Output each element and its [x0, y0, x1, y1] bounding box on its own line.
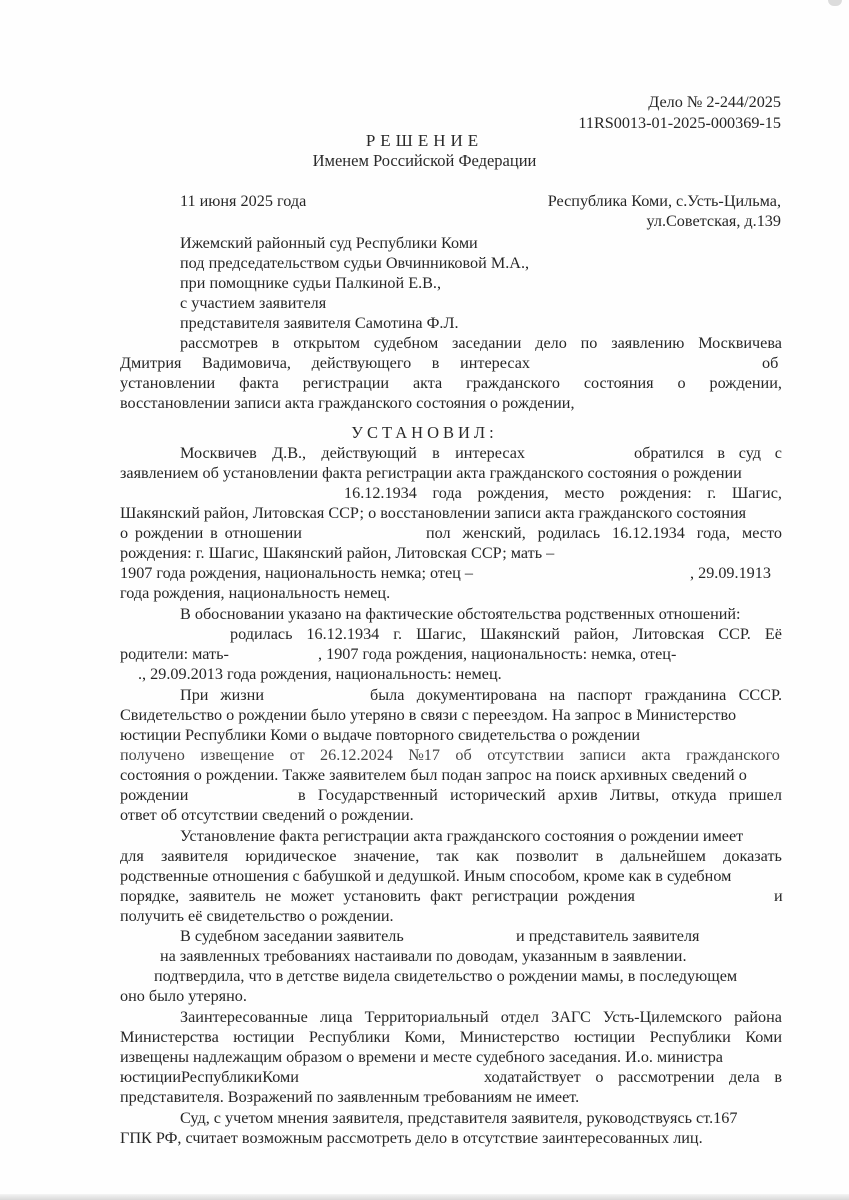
p1-line-7b: , 29.09.1913: [690, 563, 771, 583]
p3-line-4: полученоизвещениеот26.12.2024№17оботсутс…: [120, 745, 780, 765]
p6-line-1: ЗаинтересованныелицаТерриториальныйотдел…: [180, 1007, 782, 1027]
p4-line-3: родственные отношения с бабушкой и дедуш…: [120, 866, 731, 886]
case-number: Дело № 2-244/2025: [648, 92, 781, 112]
p7-line-2: ГПК РФ, считает возможным рассмотреть де…: [120, 1128, 703, 1148]
p6-line-4b: ходатайствуеторассмотренииделав: [484, 1067, 782, 1087]
p7-line-1: Суд, с учетом мнения заявителя, представ…: [180, 1108, 737, 1128]
p3-line-1b: быладокументировананапаспортгражданинаСС…: [370, 685, 782, 705]
p1-line-7a: 1907 года рождения, национальность немка…: [120, 563, 473, 583]
p2-line-3b: , 1907 года рождения, национальность: не…: [318, 644, 676, 664]
p2-line-2: родилась16.12.1934г.Шагис,Шакянскийрайон…: [230, 624, 782, 644]
p4-line-5: получить её свидетельство о рождении.: [120, 906, 394, 926]
court-assistant: при помощнике судьи Палкиной Е.В.,: [180, 273, 441, 293]
document-title: РЕШЕНИЕ: [0, 131, 849, 151]
court-name: Ижемский районный суд Республики Коми: [180, 233, 478, 253]
intro-line-3: установлениифактарегистрацииактагражданс…: [120, 373, 782, 393]
p3-line-6b: вГосударственныйисторическийархивЛитвы,о…: [298, 785, 782, 805]
p1-line-4: Шакянский район, Литовская ССР; о восста…: [120, 503, 746, 523]
p2-line-4: ., 29.09.2013 года рождения, национально…: [138, 664, 502, 684]
p3-line-5: состояния о рождении. Также заявителем б…: [120, 765, 747, 785]
p1-line-1b: обратилсявсудс: [634, 443, 782, 463]
intro-line-1: рассмотреввоткрытомсудебномзаседаниидело…: [180, 333, 782, 353]
p5-line-3: подтвердила, что в детстве видела свидет…: [154, 966, 737, 986]
p6-line-3: извещены надлежащим образом о времени и …: [120, 1047, 723, 1067]
p1-line-6: рождения: г. Шагис, Шакянский район, Лит…: [120, 543, 554, 563]
p2-line-3a: родители: мать-: [120, 644, 229, 664]
p1-line-5a: орождениивотношении: [120, 523, 302, 543]
intro-line-2-end: об: [762, 353, 778, 373]
scan-artifact: [828, 0, 842, 6]
p1-line-1a: МосквичевД.В.,действующийвинтересах: [180, 443, 525, 463]
p5-line-1b: и представитель заявителя: [516, 926, 700, 946]
court-participant: с участием заявителя: [180, 293, 326, 313]
court-judge: под председательством судьи Овчинниковой…: [180, 253, 529, 273]
p1-line-8: года рождения, национальность немец.: [120, 583, 390, 603]
p4-line-1: Установление факта регистрации акта граж…: [180, 826, 743, 846]
p4-line-4a: порядке,заявительнеможетустановитьфактре…: [120, 886, 635, 906]
case-uid: 11RS0013-01-2025-000369-15: [578, 113, 781, 133]
intro-line-4: восстановлении записи акта гражданского …: [120, 393, 575, 413]
document-page: Дело № 2-244/2025 11RS0013-01-2025-00036…: [0, 0, 849, 1200]
place-line-1: Республика Коми, с.Усть-Цильма,: [548, 191, 781, 211]
p2-line-1: В обосновании указано на фактические обс…: [180, 604, 741, 624]
p3-line-2: Свидетельство о рождении было утеряно в …: [120, 705, 736, 725]
section-heading: УСТАНОВИЛ:: [0, 423, 849, 443]
p1-line-5b: полженский,родилась16.12.1934года,место: [426, 523, 782, 543]
p4-line-2: длязаявителяюридическоезначение,таккакпо…: [120, 846, 782, 866]
p5-line-1a: В судебном заседании заявитель: [180, 926, 404, 946]
p5-line-4: оно было утеряно.: [120, 986, 247, 1006]
p6-line-2: МинистерстваюстицииРеспубликиКоми,Минист…: [120, 1027, 782, 1047]
p3-line-3: юстиции Республики Коми о выдаче повторн…: [120, 725, 640, 745]
p1-line-3: 16.12.1934годарождения,месторождения:г.Ш…: [344, 483, 782, 503]
p1-line-2: заявлением об установлении факта регистр…: [120, 463, 742, 483]
p3-line-7: ответ об отсутствии сведений о рождении.: [120, 805, 414, 825]
intro-line-2: ДмитрияВадимовича,действующеговинтересах: [120, 353, 530, 373]
p5-line-2: на заявленных требованиях настаивали по …: [160, 946, 687, 966]
p6-line-5: представителя. Возражений по заявленным …: [120, 1087, 579, 1107]
scan-bottom-edge: [0, 1194, 849, 1200]
place-line-2: ул.Советская, д.139: [647, 211, 782, 231]
p3-line-6a: рождении: [120, 785, 188, 805]
p3-line-1a: Прижизни: [180, 685, 264, 705]
decision-date: 11 июня 2025 года: [180, 191, 306, 211]
p4-line-4b: и: [774, 886, 783, 906]
p6-line-4a: юстицииРеспубликиКоми: [120, 1067, 268, 1087]
document-subtitle: Именем Российской Федерации: [0, 151, 849, 171]
court-representative: представителя заявителя Самотина Ф.Л.: [180, 313, 459, 333]
